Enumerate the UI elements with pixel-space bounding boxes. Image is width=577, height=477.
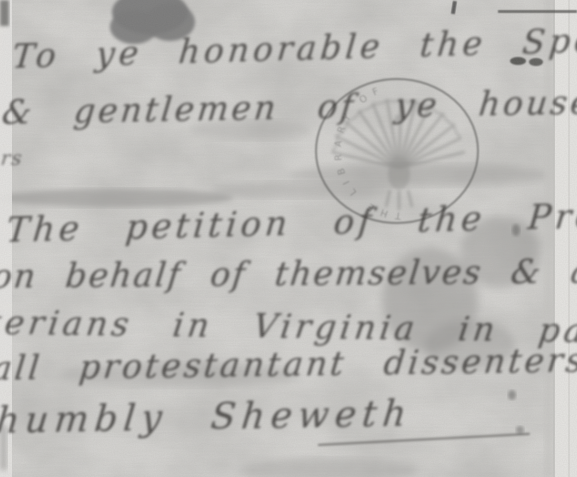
scanned-document-page: THE LIBRARY OF CONGRESS To ye honorable … [0,0,577,477]
manuscript-line-7: all protestantant dissenters in [0,343,577,385]
manuscript-line-5: on behalf of themselves & all [0,255,577,293]
manuscript-line-3: rs [0,148,24,168]
manuscript-line-2: & gentlemen of ye house o [1,85,577,129]
manuscript-line-8: humbly Sheweth [0,397,414,440]
